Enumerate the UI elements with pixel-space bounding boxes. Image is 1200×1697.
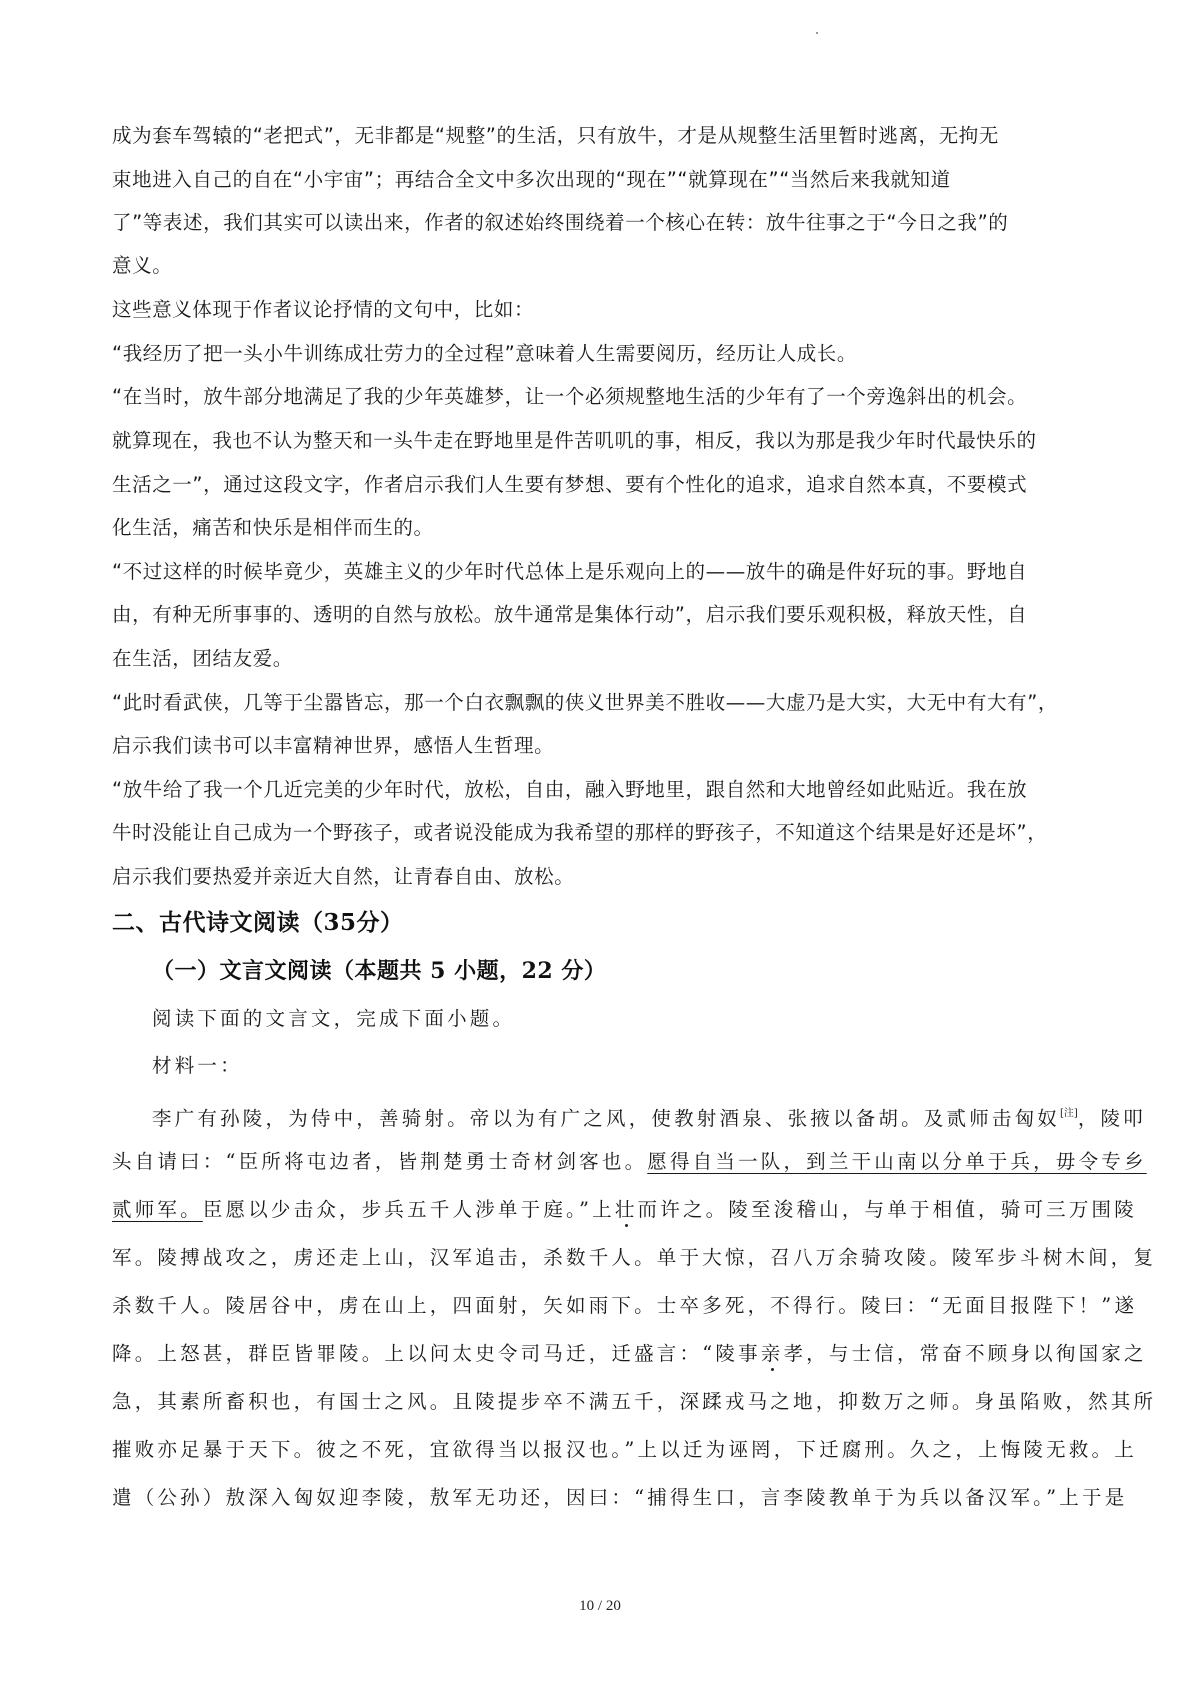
classical-line: 贰师军。臣愿以少击众，步兵五千人涉单于庭。”上壮而许之。陵至浚稽山，与单于相值，… <box>112 1196 1137 1224</box>
underlined-sentence: 贰师军。 <box>112 1198 203 1221</box>
analysis-line: 就算现在，我也不认为整天和一头牛走在野地里是件苦叽叽的事，相反，我以为那是我少年… <box>112 427 1037 455</box>
classical-line: 杀数千人。陵居谷中，虏在山上，四面射，矢如雨下。士卒多死，不得行。陵曰：“无面目… <box>112 1292 1137 1320</box>
classical-line: 李广有孙陵，为侍中，善骑射。帝以为有广之风，使教射酒泉、张掖以备胡。及贰师击匈奴… <box>152 1100 1146 1133</box>
classical-line: 军。陵搏战攻之，虏还走上山，汉军追击，杀数千人。单于大惊，召八万余骑攻陵。陵军步… <box>112 1244 1156 1272</box>
analysis-line: 这些意义体现于作者议论抒情的文句中，比如： <box>112 296 534 324</box>
analysis-line: “不过这样的时候毕竟少，英雄主义的少年时代总体上是乐观向上的——放牛的确是件好玩… <box>112 558 1027 586</box>
analysis-line: 在生活，团结友爱。 <box>112 645 293 673</box>
classical-text: 而许之。陵至浚稽山，与单于相值，骑可三万围陵 <box>638 1198 1137 1221</box>
emphasis-dot-char: 亲 <box>761 1342 784 1365</box>
analysis-line: 启示我们要热爱并亲近大自然，让青春自由、放松。 <box>112 863 574 891</box>
analysis-line: 化生活，痛苦和快乐是相伴而生的。 <box>112 514 434 542</box>
analysis-line: “我经历了把一头小牛训练成壮劳力的全过程”意味着人生需要阅历，经历让人成长。 <box>112 340 857 368</box>
analysis-line: 束地进入自己的自在“小宇宙”；再结合全文中多次出现的“现在”“就算现在”“当然后… <box>112 166 951 194</box>
analysis-line: “放牛给了我一个几近完美的少年时代，放松，自由，融入野地里，跟自然和大地曾经如此… <box>112 776 1027 804</box>
analysis-line: 启示我们读书可以丰富精神世界，感悟人生哲理。 <box>112 732 554 760</box>
analysis-line: 生活之一”，通过这段文字，作者启示我们人生要有梦想、要有个性化的追求，追求自然本… <box>112 471 1027 499</box>
section-heading: 二、古代诗文阅读（35分） <box>112 909 404 937</box>
page-number: 10 / 20 <box>0 1598 1200 1615</box>
classical-line: 降。上怒甚，群臣皆罪陵。上以问太史令司马迁，迁盛言：“陵事亲孝，与士信，常奋不顾… <box>112 1340 1147 1368</box>
analysis-line: “在当时，放牛部分地满足了我的少年英雄梦，让一个必须规整地生活的少年有了一个旁逸… <box>112 383 1027 411</box>
classical-line: 遣（公孙）敖深入匈奴迎李陵，敖军无功还，因曰：“捕得生口，言李陵教单于为兵以备汉… <box>112 1484 1127 1512</box>
classical-text: ，陵叩 <box>1078 1107 1146 1130</box>
analysis-line: 意义。 <box>112 252 172 280</box>
analysis-line: 由，有种无所事事的、透明的自然与放松。放牛通常是集体行动”，启示我们要乐观积极，… <box>112 601 1027 629</box>
classical-line: 急，其素所畜积也，有国士之风。且陵提步卒不满五千，深蹂戎马之地，抑数万之师。身虽… <box>112 1388 1156 1416</box>
analysis-line: “此时看武侠，几等于尘嚣皆忘，那一个白衣飘飘的侠义世界美不胜收——大虚乃是大实，… <box>112 689 1058 717</box>
classical-line: 摧败亦足暴于天下。彼之不死，宜欲得当以报汉也。”上以迁为诬罔，下迁腐刑。久之，上… <box>112 1436 1137 1464</box>
classical-text: 孝，与士信，常奋不顾身以徇国家之 <box>783 1342 1146 1365</box>
classical-text: 降。上怒甚，群臣皆罪陵。上以问太史令司马迁，迁盛言：“陵事 <box>112 1342 761 1365</box>
material-label: 材料一： <box>152 1052 243 1080</box>
classical-text: 李广有孙陵，为侍中，善骑射。帝以为有广之风，使教射酒泉、张掖以备胡。及贰师击匈奴 <box>152 1107 1060 1130</box>
subsection-heading: （一）文言文阅读（本题共 5 小题，22 分） <box>152 957 606 985</box>
analysis-line: 成为套车驾辕的“老把式”，无非都是“规整”的生活，只有放牛，才是从规整生活里暂时… <box>112 122 999 150</box>
instruction-text: 阅读下面的文言文，完成下面小题。 <box>152 1005 515 1033</box>
scan-speck <box>816 32 818 34</box>
analysis-line: 牛时没能让自己成为一个野孩子，或者说没能成为我希望的那样的野孩子，不知道这个结果… <box>112 819 1047 847</box>
classical-text: 头自请曰：“臣所将屯边者，皆荆楚勇士奇材剑客也。 <box>112 1150 647 1173</box>
emphasis-dot-char: 壮 <box>615 1198 638 1221</box>
classical-line: 头自请曰：“臣所将屯边者，皆荆楚勇士奇材剑客也。愿得自当一队，到兰干山南以分单于… <box>112 1148 1147 1176</box>
analysis-line: 了”等表述，我们其实可以读出来，作者的叙述始终围绕着一个核心在转：放牛往事之于“… <box>112 209 1008 237</box>
underlined-sentence: 愿得自当一队，到兰干山南以分单于兵，毋令专乡 <box>647 1150 1146 1173</box>
classical-text: 臣愿以少击众，步兵五千人涉单于庭。”上 <box>203 1198 615 1221</box>
document-page: 成为套车驾辕的“老把式”，无非都是“规整”的生活，只有放牛，才是从规整生活里暂时… <box>0 0 1200 1697</box>
footnote-marker: [注] <box>1060 1108 1078 1119</box>
